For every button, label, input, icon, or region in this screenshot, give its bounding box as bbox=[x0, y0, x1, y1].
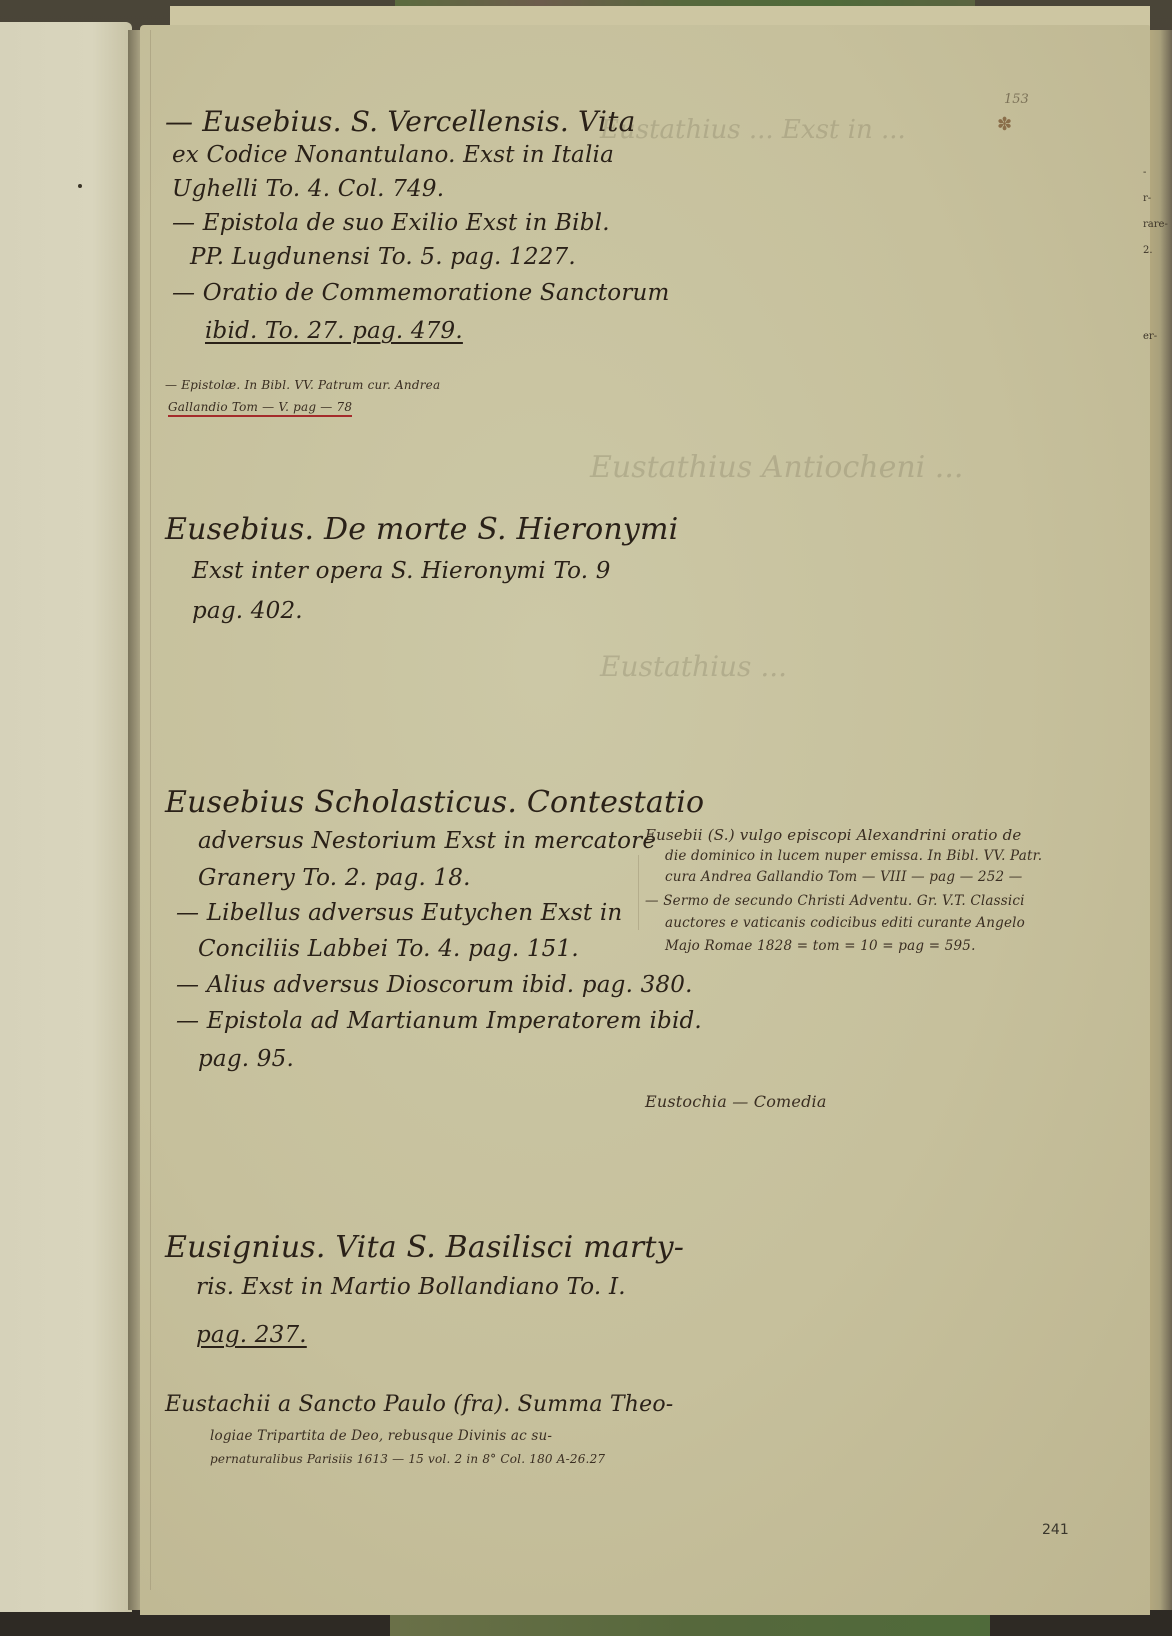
binding-cloth-bottom bbox=[390, 1612, 990, 1636]
ink-dot bbox=[78, 184, 82, 188]
ruled-margin-line bbox=[150, 30, 151, 1590]
entry-line: Conciliis Labbei To. 4. pag. 151. bbox=[198, 936, 579, 962]
right-edge-fragments: - r- rare- 2. er- bbox=[1143, 160, 1168, 350]
pencil-page-number: 153 bbox=[1004, 92, 1029, 107]
entry-line: ex Codice Nonantulano. Exst in Italia bbox=[172, 142, 614, 168]
entry-line: Ughelli To. 4. Col. 749. bbox=[172, 176, 444, 202]
left-facing-page bbox=[0, 22, 132, 1612]
entry-line: logiae Tripartita de Deo, rebusque Divin… bbox=[210, 1428, 552, 1444]
folio-number: 241 bbox=[1042, 1522, 1069, 1538]
entry-line: Granery To. 2. pag. 18. bbox=[198, 865, 471, 891]
entry-line: — Alius adversus Dioscorum ibid. pag. 38… bbox=[176, 972, 693, 998]
entry-line: Exst inter opera S. Hieronymi To. 9 bbox=[192, 558, 611, 584]
entry-line: — Sermo de secundo Christi Adventu. Gr. … bbox=[645, 893, 1025, 909]
entry-line: PP. Lugdunensi To. 5. pag. 1227. bbox=[190, 244, 576, 270]
entry-line: ris. Exst in Martio Bollandiano To. I. bbox=[196, 1274, 626, 1300]
entry-line: Eusignius. Vita S. Basilisci marty- bbox=[165, 1230, 684, 1265]
entry-line: Eustochia — Comedia bbox=[645, 1092, 827, 1111]
entry-addendum-line: — Epistolæ. In Bibl. VV. Patrum cur. And… bbox=[165, 378, 440, 392]
library-stamp-icon: ✽ bbox=[997, 114, 1012, 135]
entry-line: pag. 237. bbox=[196, 1322, 307, 1348]
bleed-through-text: Eustathius Antiocheni ... bbox=[590, 450, 963, 485]
entry-line: Eusebii (S.) vulgo episcopi Alexandrini … bbox=[645, 826, 1021, 844]
entry-line: pag. 402. bbox=[192, 598, 303, 624]
entry-line: — Eusebius. S. Vercellensis. Vita bbox=[165, 105, 635, 138]
ruled-column-line bbox=[638, 855, 639, 930]
entry-line: Eusebius Scholasticus. Contestatio bbox=[165, 785, 704, 820]
entry-line: die dominico in lucem nuper emissa. In B… bbox=[665, 848, 1042, 864]
entry-line: adversus Nestorium Exst in mercatore bbox=[198, 828, 656, 854]
entry-line: Eustachii a Sancto Paulo (fra). Summa Th… bbox=[165, 1392, 673, 1417]
bleed-through-text: Eustathius ... bbox=[600, 650, 787, 683]
entry-line: pernaturalibus Parisiis 1613 — 15 vol. 2… bbox=[210, 1452, 605, 1466]
entry-line: cura Andrea Gallandio Tom — VIII — pag —… bbox=[665, 869, 1022, 885]
entry-addendum-line: Gallandio Tom — V. pag — 78 bbox=[168, 400, 352, 417]
entry-line: pag. 95. bbox=[198, 1046, 294, 1072]
entry-line: — Oratio de Commemoratione Sanctorum bbox=[172, 280, 670, 306]
entry-line: Eusebius. De morte S. Hieronymi bbox=[165, 512, 678, 547]
entry-line: — Epistola ad Martianum Imperatorem ibid… bbox=[176, 1008, 702, 1034]
entry-line: auctores e vaticanis codicibus editi cur… bbox=[665, 915, 1025, 931]
entry-line: Majo Romae 1828 = tom = 10 = pag = 595. bbox=[665, 938, 976, 954]
bleed-through-text: Eustathius ... Exst in ... bbox=[600, 115, 906, 145]
entry-line: — Libellus adversus Eutychen Exst in bbox=[176, 900, 622, 926]
entry-line: ibid. To. 27. pag. 479. bbox=[205, 318, 463, 344]
entry-line: — Epistola de suo Exilio Exst in Bibl. bbox=[172, 210, 610, 236]
